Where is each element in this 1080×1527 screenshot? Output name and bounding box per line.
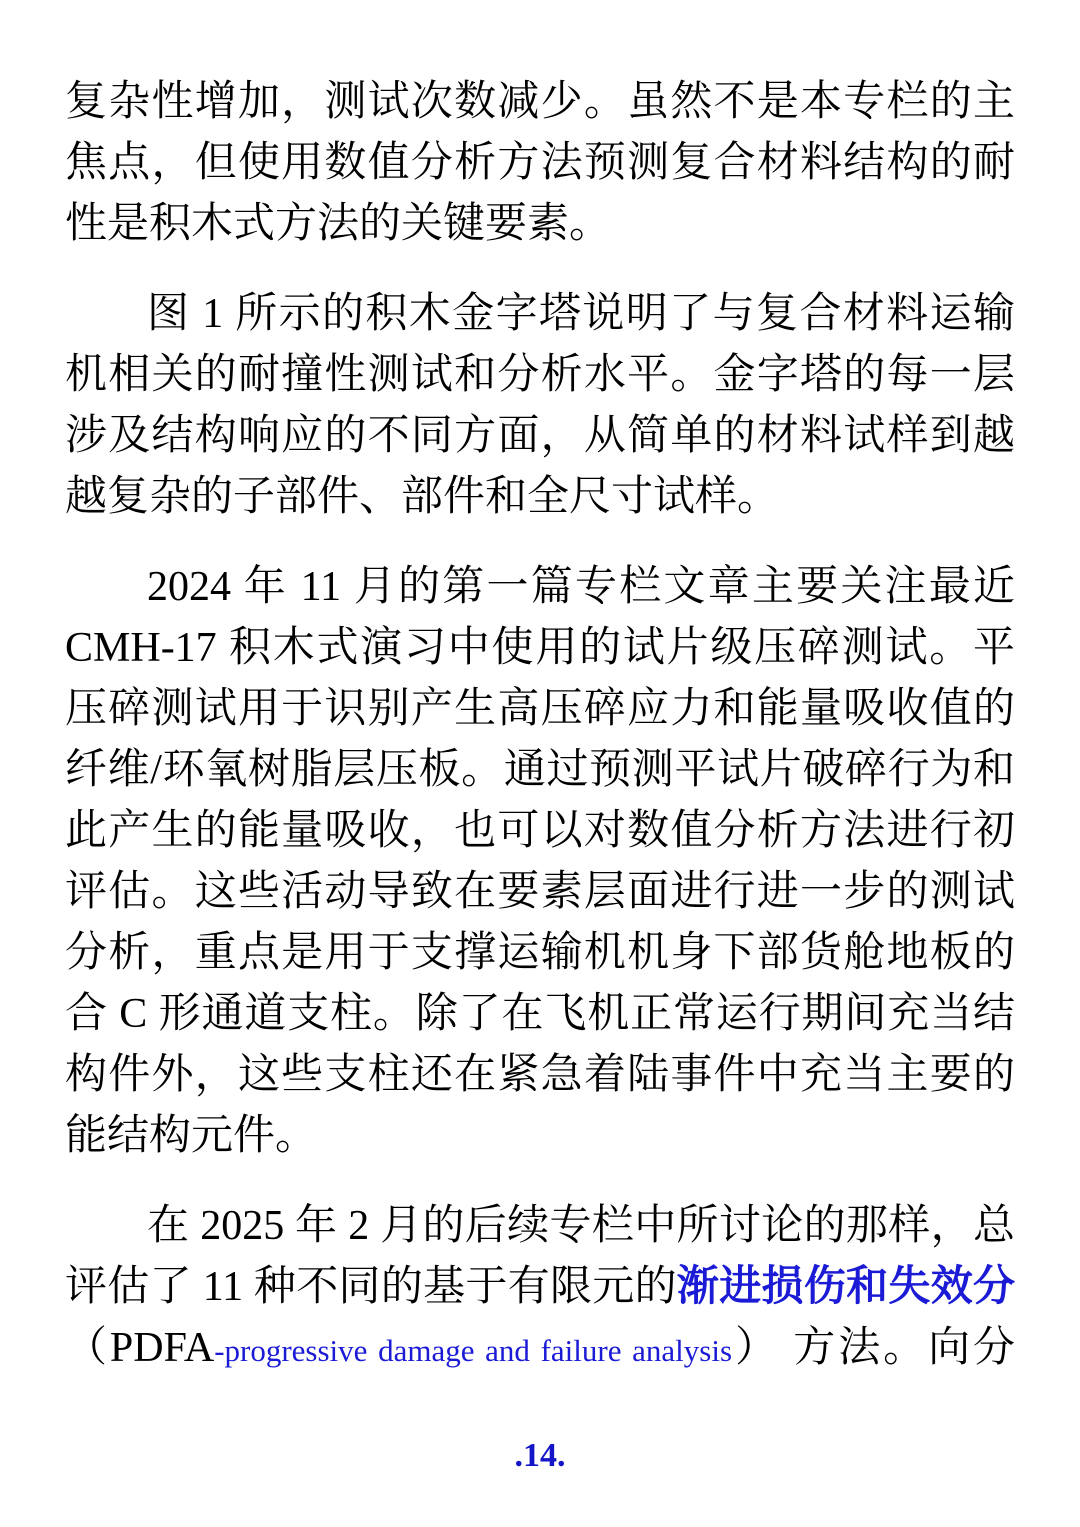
text-line: 评估了 11 种不同的基于有限元的渐进损伤和失效分析 xyxy=(65,1257,1015,1318)
text-line: 压碎测试用于识别产生高压碎应力和能量吸收值的碳 xyxy=(65,679,1015,740)
text-line: 在 2025 年 2 月的后续专栏中所讨论的那样，总共 xyxy=(65,1196,1015,1257)
text-line: 性是积木式方法的关键要素。 xyxy=(65,194,1015,255)
text-line: 分析，重点是用于支撑运输机机身下部货舱地板的复 xyxy=(65,923,1015,984)
text-line: CMH-17 积木式演习中使用的试片级压碎测试。平试片 xyxy=(65,618,1015,679)
page-number: .14. xyxy=(0,1432,1080,1480)
text-line: 越复杂的子部件、部件和全尺寸试样。 xyxy=(65,467,1015,528)
text-line: 合 C 形通道支柱。除了在飞机正常运行期间充当结构 xyxy=(65,984,1015,1045)
text-line: 此产生的能量吸收，也可以对数值分析方法进行初步 xyxy=(65,801,1015,862)
text-line: 复杂性增加，测试次数减少。虽然不是本专栏的主要 xyxy=(65,72,1015,133)
text-block: 复杂性增加，测试次数减少。虽然不是本专栏的主要 焦点，但使用数值分析方法预测复合… xyxy=(65,72,1015,1408)
paragraph-1: 复杂性增加，测试次数减少。虽然不是本专栏的主要 焦点，但使用数值分析方法预测复合… xyxy=(65,72,1015,255)
document-page: 复杂性增加，测试次数减少。虽然不是本专栏的主要 焦点，但使用数值分析方法预测复合… xyxy=(0,0,1080,1527)
text-line: 构件外，这些支柱还在紧急着陆事件中充当主要的吸 xyxy=(65,1045,1015,1106)
text-line: 图 1 所示的积木金字塔说明了与复合材料运输飞 xyxy=(65,284,1015,345)
text-line: 机相关的耐撞性测试和分析水平。金字塔的每一层都 xyxy=(65,345,1015,406)
text-line: 评估。这些活动导致在要素层面进行进一步的测试和 xyxy=(65,862,1015,923)
text-line: 2024 年 11 月的第一篇专栏文章主要关注最近 xyxy=(65,557,1015,618)
paragraph-2: 图 1 所示的积木金字塔说明了与复合材料运输飞 机相关的耐撞性测试和分析水平。金… xyxy=(65,284,1015,528)
text-segment: 评估了 11 种不同的基于有限元的 xyxy=(65,1264,677,1310)
paragraph-3: 2024 年 11 月的第一篇专栏文章主要关注最近 CMH-17 积木式演习中使… xyxy=(65,557,1015,1167)
text-segment: （PDFA xyxy=(65,1325,214,1371)
text-line: 涉及结构响应的不同方面，从简单的材料试样到越来 xyxy=(65,406,1015,467)
paragraph-4: 在 2025 年 2 月的后续专栏中所讨论的那样，总共 评估了 11 种不同的基… xyxy=(65,1196,1015,1379)
text-line: 焦点，但使用数值分析方法预测复合材料结构的耐撞 xyxy=(65,133,1015,194)
text-line: （PDFA-progressive damage and failure ana… xyxy=(65,1318,1015,1379)
text-line: 能结构元件。 xyxy=(65,1106,1015,1167)
text-line: 纤维/环氧树脂层压板。通过预测平试片破碎行为和由 xyxy=(65,740,1015,801)
hyperlink-pdfa-english[interactable]: -progressive damage and failure analysis xyxy=(214,1333,732,1368)
